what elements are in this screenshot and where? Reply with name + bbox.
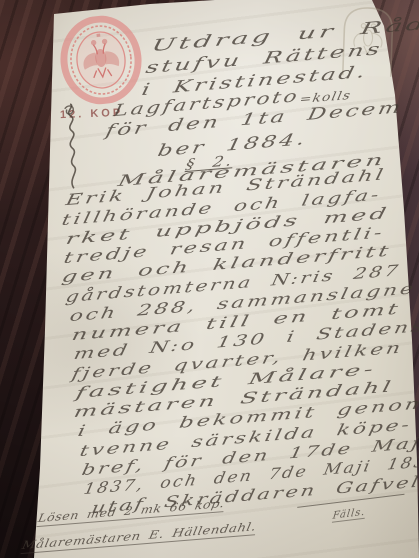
revenue-stamp-eagle-icon [56, 12, 147, 108]
photographed-document: 12. KOP Utdrag ur Råd stufvu Rättens i K… [0, 0, 419, 558]
